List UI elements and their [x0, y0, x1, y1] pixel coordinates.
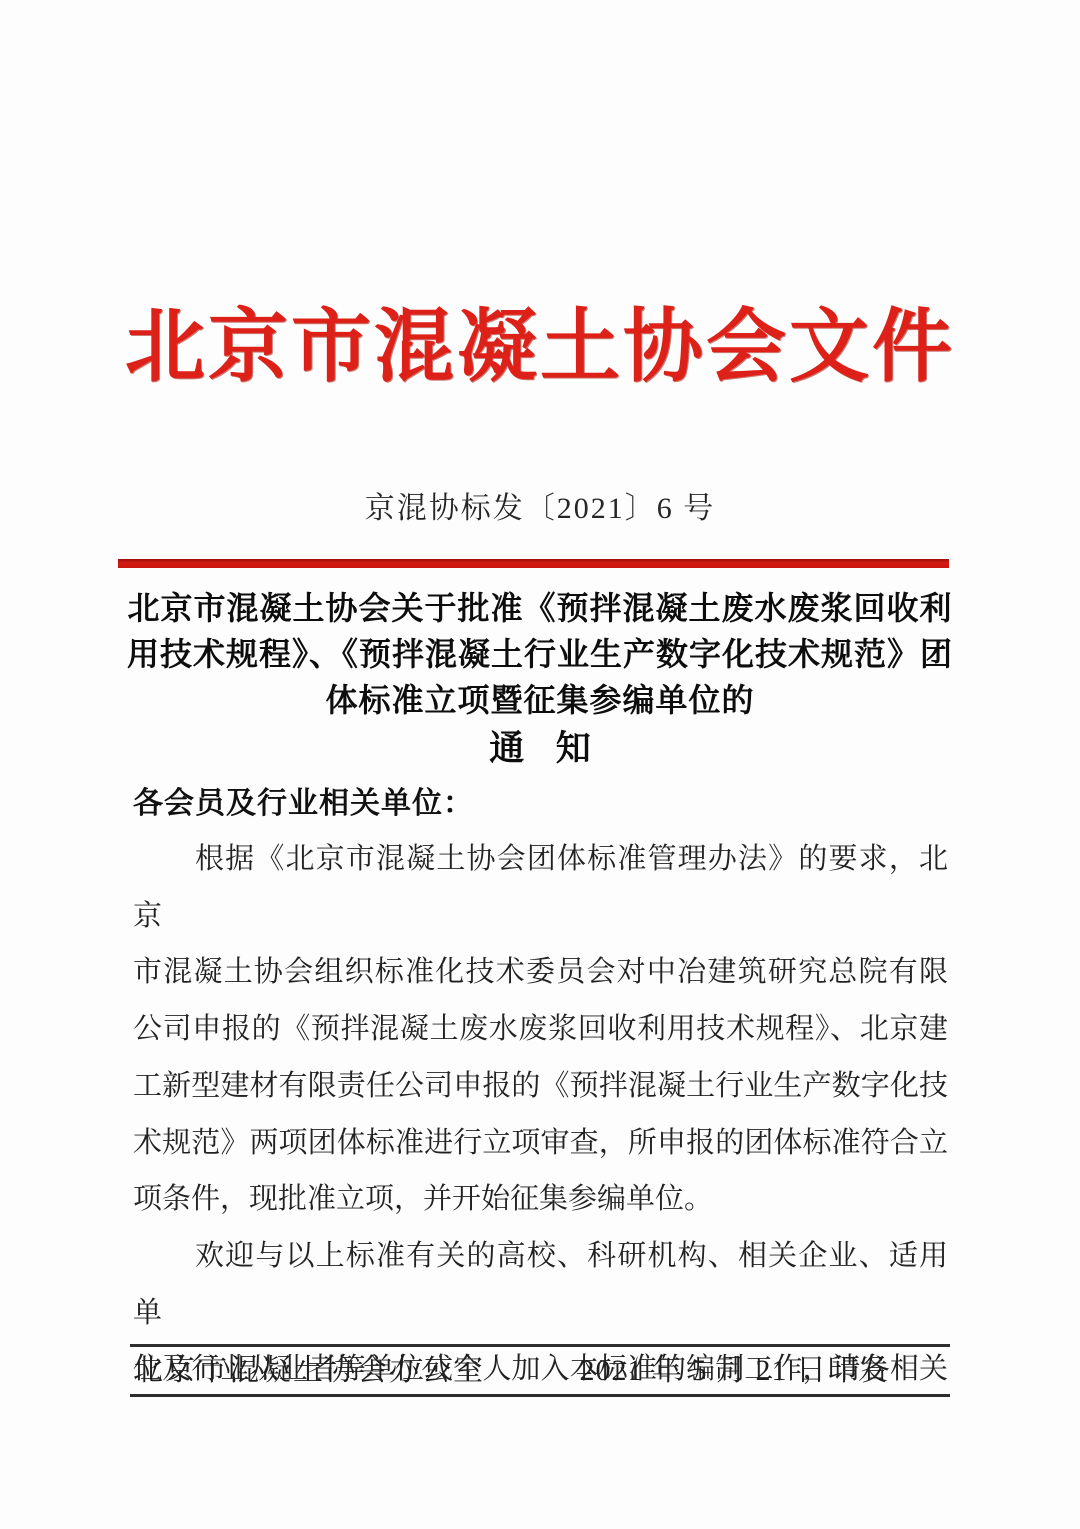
salutation: 各会员及行业相关单位：	[133, 784, 474, 824]
body-line: 术规范》两项团体标准进行立项审查，所申报的团体标准符合立	[133, 1115, 948, 1172]
footer-bottom-line	[130, 1394, 950, 1397]
notice-body: 根据《北京市混凝土协会团体标准管理办法》的要求，北京 市混凝土协会组织标准化技术…	[133, 831, 948, 1398]
body-line: 公司申报的《预拌混凝土废水废浆回收利用技术规程》、北京建	[133, 1001, 948, 1058]
body-line: 欢迎与以上标准有关的高校、科研机构、相关企业、适用单	[133, 1228, 948, 1341]
body-line: 工新型建材有限责任公司申报的《预拌混凝土行业生产数字化技	[133, 1058, 948, 1115]
document-page: 北京市混凝土协会文件 京混协标发〔2021〕6 号 北京市混凝土协会关于批准《预…	[0, 0, 1080, 1529]
body-line: 根据《北京市混凝土协会团体标准管理办法》的要求，北京	[133, 831, 948, 944]
notice-title-block: 北京市混凝土协会关于批准《预拌混凝土废水废浆回收利 用技术规程》、《预拌混凝土行…	[60, 585, 1020, 773]
red-divider-line	[118, 559, 949, 568]
notice-word: 通知	[60, 725, 1020, 773]
body-line: 项条件，现批准立项，并开始征集参编单位。	[133, 1171, 948, 1228]
issuing-office: 北京市混凝土协会办公室	[133, 1350, 485, 1392]
document-number: 京混协标发〔2021〕6 号	[0, 489, 1080, 529]
body-line: 市混凝土协会组织标准化技术委员会对中冶建筑研究总院有限	[133, 944, 948, 1001]
footer-row: 北京市混凝土协会办公室 2021 年 5 月 21 日印发	[133, 1350, 947, 1392]
notice-title-line: 用技术规程》、《预拌混凝土行业生产数字化技术规范》团	[60, 631, 1020, 677]
print-date: 2021 年 5 月 21 日印发	[580, 1350, 948, 1392]
notice-title-line: 体标准立项暨征集参编单位的	[60, 677, 1020, 723]
footer-top-line	[130, 1344, 950, 1347]
notice-title-line: 北京市混凝土协会关于批准《预拌混凝土废水废浆回收利	[60, 585, 1020, 631]
letterhead-title: 北京市混凝土协会文件	[0, 300, 1080, 396]
